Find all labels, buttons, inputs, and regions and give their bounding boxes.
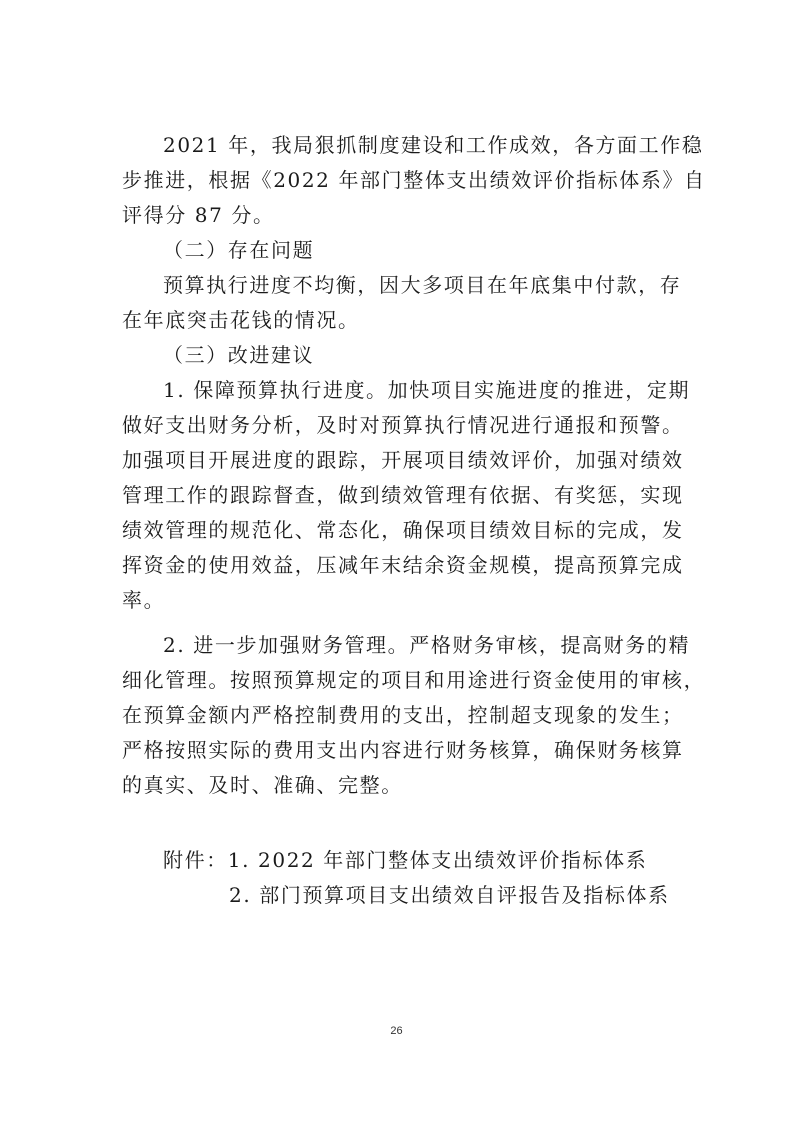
attachment-item-1: 附件：1. 2022 年部门整体支出绩效评价指标体系: [163, 848, 647, 872]
text-line: 率。: [122, 588, 165, 612]
text-line: 在预算金额内严格控制费用的支出，控制超支现象的发生；: [122, 703, 684, 727]
page-number: 26: [0, 1025, 793, 1037]
text-line: 管理工作的跟踪督查，做到绩效管理有依据、有奖惩，实现: [122, 483, 684, 507]
text-line: 的真实、及时、准确、完整。: [122, 773, 403, 797]
text-line: 绩效管理的规范化、常态化，确保项目绩效目标的完成，发: [122, 518, 684, 542]
section-heading: （三）改进建议: [163, 343, 314, 367]
text-line: 评得分 87 分。: [122, 203, 275, 227]
attachment-item-2: 2. 部门预算项目支出绩效自评报告及指标体系: [229, 883, 670, 907]
text-line: 挥资金的使用效益，压减年末结余资金规模，提高预算完成: [122, 553, 684, 577]
text-line: 预算执行进度不均衡，因大多项目在年底集中付款，存: [163, 273, 681, 297]
section-heading: （二）存在问题: [163, 238, 314, 262]
text-line: 加强项目开展进度的跟踪，开展项目绩效评价，加强对绩效: [122, 448, 684, 472]
text-line: 步推进，根据《2022 年部门整体支出绩效评价指标体系》自: [122, 168, 706, 192]
text-line: 严格按照实际的费用支出内容进行财务核算，确保财务核算: [122, 738, 684, 762]
text-line: 2021 年，我局狠抓制度建设和工作成效，各方面工作稳: [163, 133, 703, 157]
text-line: 细化管理。按照预算规定的项目和用途进行资金使用的审核，: [122, 668, 705, 692]
document-page: 2021 年，我局狠抓制度建设和工作成效，各方面工作稳 步推进，根据《2022 …: [0, 0, 793, 1122]
text-line: 2. 进一步加强财务管理。严格财务审核，提高财务的精: [163, 633, 690, 657]
text-line: 1. 保障预算执行进度。加快项目实施进度的推进，定期: [163, 378, 690, 402]
text-line: 在年底突击花钱的情况。: [122, 308, 360, 332]
text-line: 做好支出财务分析，及时对预算执行情况进行通报和预警。: [122, 413, 684, 437]
